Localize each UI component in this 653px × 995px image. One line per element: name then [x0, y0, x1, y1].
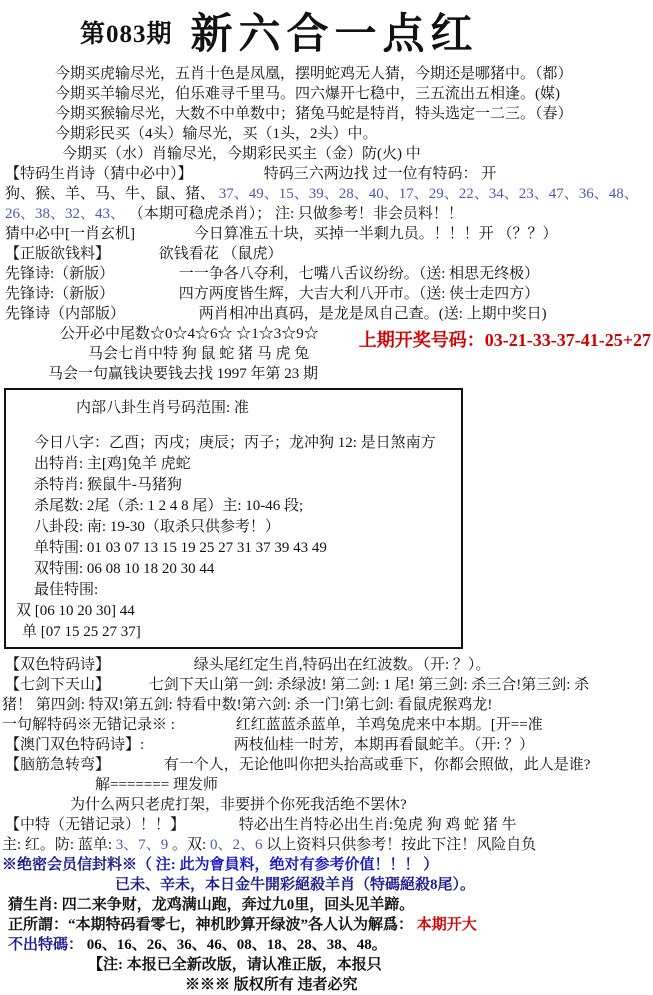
zhongte-text: 特必出生肖特必出生肖:兔虎 狗 鸡 蛇 猪 牛 — [239, 817, 517, 833]
bagua-box: 内部八卦生肖号码范围: 准 今日八字：乙酉；丙戌；庚辰；丙子；龙冲狗 12: 是… — [4, 388, 463, 649]
yingqian-line: 马会一句赢钱诀要钱去找 1997 年第 23 期 — [0, 364, 653, 384]
shuangse-line: 【双色特码诗】 绿头尾红定生肖,特码出在红波数。（开: ？）。 — [0, 655, 653, 675]
bagua-line-zuijia: 最佳特围: — [6, 580, 461, 601]
bagua-line-bazi: 今日八字：乙酉；丙戌；庚辰；丙子；龙冲狗 12: 是日煞南方 — [6, 433, 461, 454]
tema-shengxiao-line: 【特码生肖诗（猜中必中）】 特码三六两边找 过一位有特码： 开 — [0, 164, 653, 184]
juemi-line: ※绝密会员信封料※（ 注: 此为會員料，绝对有参考价值！！！ ） — [0, 855, 653, 875]
shuangse-text: 绿头尾红定生肖,特码出在红波数。（开: ？）。 — [194, 657, 491, 673]
buchu-line: 不出特碼： 06、16、26、36、46、08、18、28、38、48。 — [0, 935, 653, 955]
xianfeng-label-3: 先锋诗（内部版） — [5, 304, 195, 324]
yixiao-label: 猜中必中[一肖玄机] — [5, 224, 190, 244]
aomen-label: 【澳门双色特码诗】: — [5, 735, 230, 755]
page-title: 新六合一点红 — [191, 12, 479, 58]
bagua-best-single: 单 [07 15 25 27 37] — [6, 622, 461, 643]
weishu-block: 公开必中尾数☆0☆4☆6☆ ☆1☆3☆9☆ 上期开奖号码：03-21-33-37… — [0, 324, 653, 364]
last-draw-numbers: 上期开奖号码：03-21-33-37-41-25+27 — [359, 330, 651, 350]
qijian-line-2: 猪！ 第四剑: 特双!第五剑: 特看中数!第六剑: 杀一门!第七剑: 看鼠虎猴鸡… — [0, 695, 653, 715]
poem-line-4: 今期彩民买（4头）输尽光，买（1头，2头）中。 — [0, 124, 653, 144]
zhufang-nums-1: 3、7、9 — [116, 837, 169, 853]
naojin-question: 有一个人，无论他叫你把头抬高或垂下，你都会照做，此人是谁? — [164, 757, 591, 773]
bagua-line-shatexiao: 杀特肖: 猴鼠牛-马猪狗 — [6, 475, 461, 496]
zhufang-nums-2: 0、2、6 — [210, 837, 263, 853]
yiju-label: 一句解特码※无错记录※ : — [2, 715, 232, 735]
yiju-text: 红红蓝蓝杀蓝单，羊鸡兔虎来中本期。[开==准 — [236, 717, 543, 733]
tema-numbers-note-line: 26、38、32、43、 （本期可稳虎杀肖）； 注: 只做参考！非会员料！！ — [0, 204, 653, 224]
zhufang-line: 主: 红。防: 蓝单: 3、7、9 。双: 0、2、6 以上资料只供参考！按此下… — [0, 835, 653, 855]
caishengxiao-line: 猜生肖: 四二来争财，龙鸡满山跑，奔过九0里，回头见羊蹄。 — [0, 895, 653, 915]
bagua-line-shuangtewei: 双特围: 06 08 10 18 20 30 44 — [6, 559, 461, 580]
aomen-line: 【澳门双色特码诗】: 两枝仙桂一时芳，本期再看鼠蛇羊。（开: ？） — [0, 735, 653, 755]
copyright-line: ※※※ 版权所有 违者必究 — [0, 975, 653, 995]
header: 第083期 新六合一点红 — [0, 0, 653, 64]
bagua-line-dantewei: 单特围: 01 03 07 13 15 19 25 27 31 37 39 43… — [6, 538, 461, 559]
juemi-close: ） — [423, 857, 438, 873]
poem-line-2: 今期买羊输尽光，伯乐难寻千里马。四六爆开七稳中，三五流出五相逢。(媒) — [0, 84, 653, 104]
xianfeng-text-1: 一一争各八夺利，七嘴八舌议纷纷。（送: 相思无终极） — [179, 266, 539, 282]
xianfeng-label-1: 先锋诗:（新版） — [5, 264, 175, 284]
tema-numbers-1: 37、49、15、39、28、40、17、29、22、34、23、47、36、4… — [219, 186, 639, 202]
xianfeng-text-3: 两肖相冲出真码，是龙是凤自己查。(送: 上期中奖日) — [199, 306, 547, 322]
naojin-answer: 解======= 理发师 — [0, 775, 653, 795]
tema-zodiac-numbers-line: 狗、猴、羊、马、牛、鼠、猪、 37、49、15、39、28、40、17、29、2… — [0, 184, 653, 204]
xianfeng-line-2: 先锋诗:（新版） 四方两度皆生辉，大吉大利八开市。（送: 侠士走四方） — [0, 284, 653, 304]
xianfeng-label-2: 先锋诗:（新版） — [5, 284, 175, 304]
tema-zodiacs: 狗、猴、羊、马、牛、鼠、猪、 — [5, 186, 215, 202]
tema-numbers-2: 26、38、32、43、 — [5, 206, 125, 222]
tema-hint: 特码三六两边找 过一位有特码： 开 — [264, 166, 497, 182]
yuqian-label: 【正版欲钱料】 — [5, 244, 155, 264]
naojin-question-2: 为什么两只老虎打架，非要拼个你死我活绝不罢休? — [0, 795, 653, 815]
bagua-best-double: 双 [06 10 20 30] 44 — [6, 601, 461, 622]
juemi-label: ※绝密会员信封料※（ — [2, 857, 156, 873]
xianfeng-text-2: 四方两度皆生辉，大吉大利八开市。（送: 侠士走四方） — [179, 286, 539, 302]
zhufang-part-1: 主: 红。防: 蓝单: — [2, 837, 116, 853]
tema-note: （本期可稳虎杀肖）； 注: 只做参考！非会员料！！ — [129, 206, 463, 222]
zhengsuowei-line: 正所謂：“本期特码看零七，神机眇算开绿波”各人认为解爲： 本期开大 — [0, 915, 653, 935]
zhengsuowei-highlight: 本期开大 — [417, 917, 477, 933]
zhongte-label: 【中特（无错记录）！！】 — [5, 815, 235, 835]
bagua-line-chutexiao: 出特肖: 主[鸡]兔羊 虎蛇 — [6, 454, 461, 475]
qijian-text-1: 七剑下天山第一剑: 杀绿波! 第二剑: 1 尾! 第三剑: 杀三合!第三剑: 杀 — [149, 677, 589, 693]
naojin-label: 【脑筋急转弯】 — [5, 755, 160, 775]
juemi-note: 注: 此为會員料，绝对有参考价值！！！ — [156, 857, 420, 873]
tema-label: 【特码生肖诗（猜中必中）】 — [5, 164, 260, 184]
poem-line-5: 今期买（水）肖输尽光，今期彩民买主（金）防(火) 中 — [0, 144, 653, 164]
gaiban-line: 【注: 本报已全新改版，请认准正版，本报只 — [0, 955, 653, 975]
shuangse-label: 【双色特码诗】 — [5, 655, 190, 675]
qijian-label: 【七剑下天山】 — [5, 675, 145, 695]
yuqian-line: 【正版欲钱料】 欲钱看花 （鼠虎） — [0, 244, 653, 264]
aomen-text: 两枝仙桂一时芳，本期再看鼠蛇羊。（开: ？） — [234, 737, 534, 753]
poem-line-1: 今期买虎输尽光，五肖十色是凤凰，摆明蛇鸡无人猜，今期还是哪猪中。（都） — [0, 64, 653, 84]
bagua-line-shaweishu: 杀尾数: 2尾（杀: 1 2 4 8 尾）主: 10-46 段; — [6, 496, 461, 517]
naojin-line: 【脑筋急转弯】 有一个人，无论他叫你把头抬高或垂下，你都会照做，此人是谁? — [0, 755, 653, 775]
poem-line-3: 今期买猴输尽光，大数不中单数中；猪兔马蛇是特肖，特头选定一二三。（春） — [0, 104, 653, 124]
xianfeng-line-3: 先锋诗（内部版） 两肖相冲出真码，是龙是凤自己查。(送: 上期中奖日) — [0, 304, 653, 324]
buchu-numbers: 06、16、26、36、46、08、18、28、38、48。 — [87, 937, 387, 953]
zhufang-part-2: 。双: — [172, 837, 210, 853]
jinniu-line: 已未、辛未，本日金牛開彩絕殺羊肖（特碼絕殺8尾）。 — [0, 875, 653, 895]
zhongte-line: 【中特（无错记录）！！】 特必出生肖特必出生肖:兔虎 狗 鸡 蛇 猪 牛 — [0, 815, 653, 835]
qijian-line-1: 【七剑下天山】 七剑下天山第一剑: 杀绿波! 第二剑: 1 尾! 第三剑: 杀三… — [0, 675, 653, 695]
bagua-spacer — [6, 419, 461, 433]
tip-sheet-page: 第083期 新六合一点红 今期买虎输尽光，五肖十色是凤凰，摆明蛇鸡无人猜，今期还… — [0, 0, 653, 995]
yiju-line: 一句解特码※无错记录※ : 红红蓝蓝杀蓝单，羊鸡兔虎来中本期。[开==准 — [0, 715, 653, 735]
yixiao-text: 今日算准五十块，买掉一半剩九员。！！！开 （？？） — [194, 226, 558, 242]
buchu-label: 不出特碼： — [8, 937, 83, 953]
bagua-line-baguaduan: 八卦段: 南: 19-30（取杀只供参考！） — [6, 517, 461, 538]
bagua-title: 内部八卦生肖号码范围: 准 — [6, 398, 461, 419]
yuqian-text: 欲钱看花 （鼠虎） — [159, 246, 283, 262]
issue-number: 第083期 — [80, 25, 173, 45]
xianfeng-line-1: 先锋诗:（新版） 一一争各八夺利，七嘴八舌议纷纷。（送: 相思无终极） — [0, 264, 653, 284]
zhufang-part-3: 以上资料只供参考！按此下注！风险自负 — [266, 837, 536, 853]
yixiao-line: 猜中必中[一肖玄机] 今日算准五十块，买掉一半剩九员。！！！开 （？？） — [0, 224, 653, 244]
zhengsuowei-text: 正所謂：“本期特码看零七，神机眇算开绿波”各人认为解爲： — [8, 917, 413, 933]
